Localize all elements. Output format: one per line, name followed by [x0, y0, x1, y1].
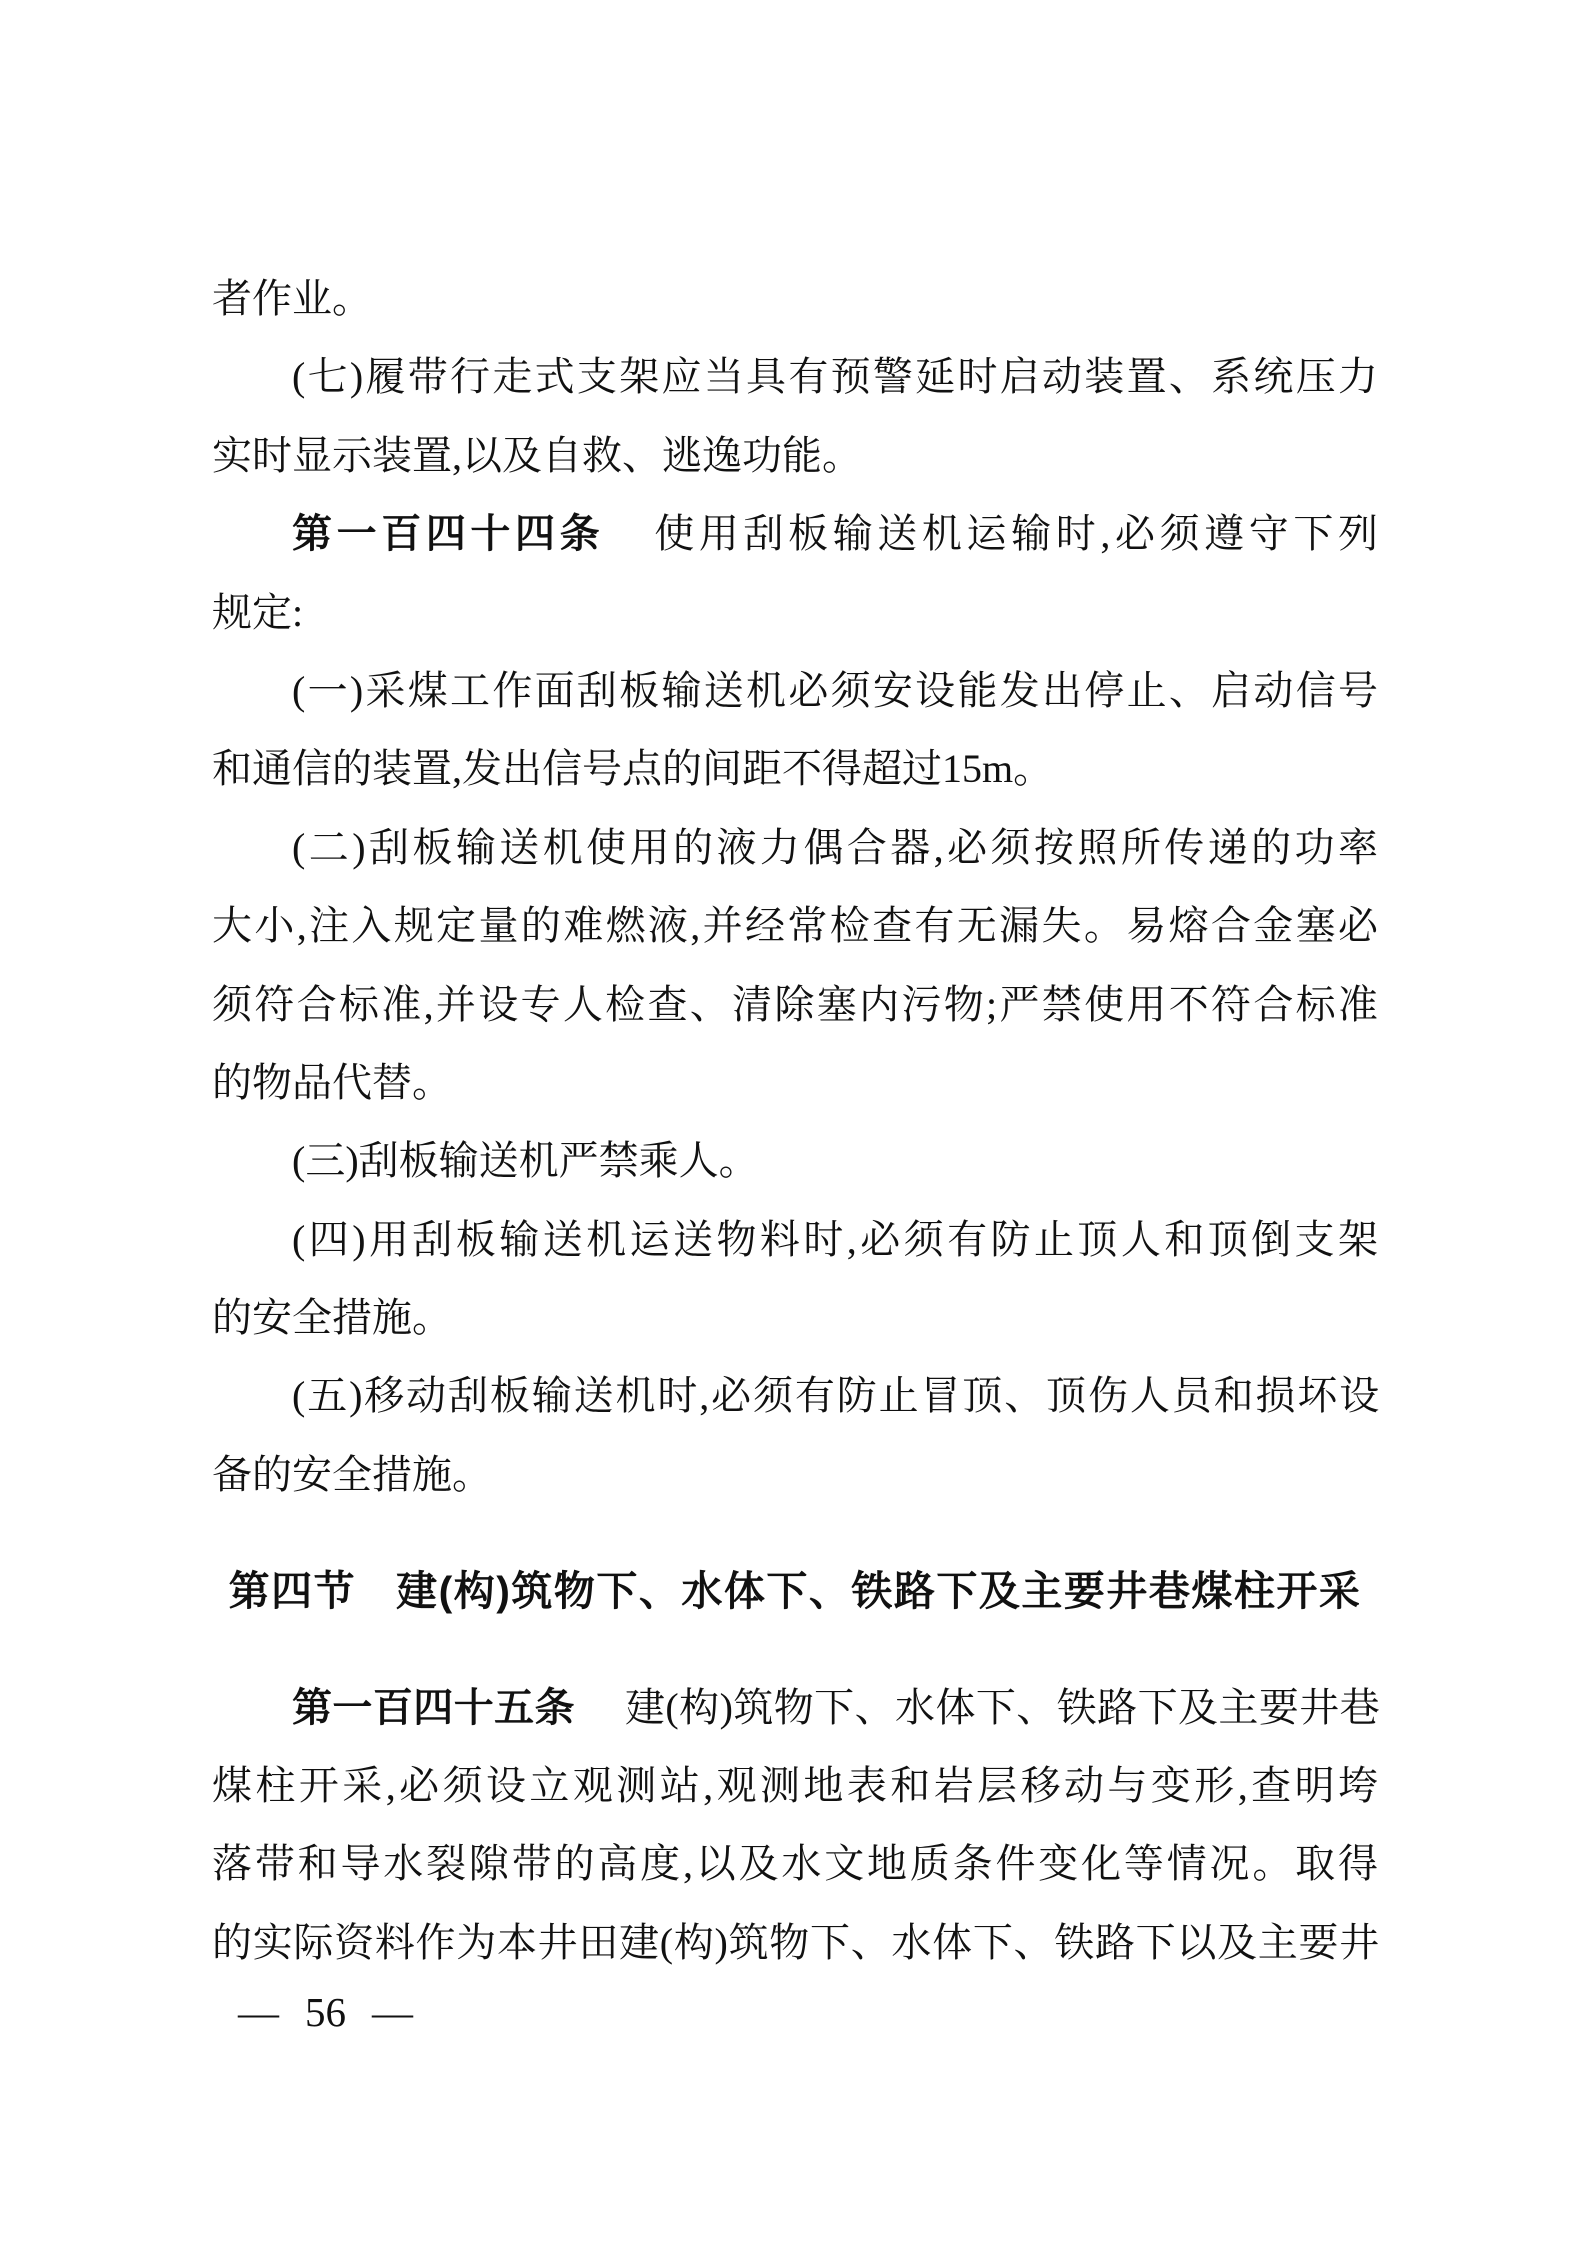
article-heading-line: 第一百四十五条建(构)筑物下、水体下、铁路下及主要井巷 [212, 1669, 1378, 1747]
text-line: 须符合标准,并设专人检查、清除塞内污物;严禁使用不符合标准 [212, 966, 1378, 1044]
text-line: 煤柱开采,必须设立观测站,观测地表和岩层移动与变形,查明垮 [212, 1747, 1378, 1825]
page-number-dash-left: — [238, 1988, 279, 2036]
article-text: 建(构)筑物下、水体下、铁路下及主要井巷 [625, 1685, 1378, 1730]
document-body: 者作业。 (七)履带行走式支架应当具有预警延时启动装置、系统压力 实时显示装置,… [212, 260, 1378, 1982]
page-number-dash-right: — [372, 1988, 413, 2036]
page-number-value: 56 [305, 1988, 346, 2036]
page-number: — 56 — [238, 1988, 413, 2036]
article-text: 使用刮板输送机运输时,必须遵守下列 [654, 511, 1378, 556]
text-line: 的实际资料作为本井田建(构)筑物下、水体下、铁路下以及主要井 [212, 1904, 1378, 1982]
section-title: 建(构)筑物下、水体下、铁路下及主要井巷煤柱开采 [396, 1568, 1361, 1614]
article-number: 第一百四十四条 [292, 512, 604, 556]
document-page: 者作业。 (七)履带行走式支架应当具有预警延时启动装置、系统压力 实时显示装置,… [0, 0, 1587, 2245]
text-line: 落带和导水裂隙带的高度,以及水文地质条件变化等情况。取得 [212, 1825, 1378, 1903]
text-line: (五)移动刮板输送机时,必须有防止冒顶、顶伤人员和损坏设 [212, 1357, 1378, 1435]
text-line: (二)刮板输送机使用的液力偶合器,必须按照所传递的功率 [212, 809, 1378, 887]
text-line: 者作业。 [212, 260, 1378, 338]
text-line: (三)刮板输送机严禁乘人。 [212, 1122, 1378, 1200]
text-line: 的安全措施。 [212, 1279, 1378, 1357]
text-line: (一)采煤工作面刮板输送机必须安设能发出停止、启动信号 [212, 652, 1378, 730]
article-number: 第一百四十五条 [292, 1686, 575, 1730]
text-line: 规定: [212, 574, 1378, 652]
text-line: (四)用刮板输送机运送物料时,必须有防止顶人和顶倒支架 [212, 1201, 1378, 1279]
text-line: 备的安全措施。 [212, 1436, 1378, 1514]
text-line: 大小,注入规定量的难燃液,并经常检查有无漏失。易熔合金塞必 [212, 887, 1378, 965]
section-number: 第四节 [229, 1568, 357, 1614]
text-line: (七)履带行走式支架应当具有预警延时启动装置、系统压力 [212, 338, 1378, 416]
article-heading-line: 第一百四十四条使用刮板输送机运输时,必须遵守下列 [212, 495, 1378, 573]
text-line: 实时显示装置,以及自救、逃逸功能。 [212, 417, 1378, 495]
section-heading: 第四节建(构)筑物下、水体下、铁路下及主要井巷煤柱开采 [212, 1552, 1378, 1630]
text-line: 的物品代替。 [212, 1044, 1378, 1122]
text-line: 和通信的装置,发出信号点的间距不得超过15m。 [212, 730, 1378, 808]
